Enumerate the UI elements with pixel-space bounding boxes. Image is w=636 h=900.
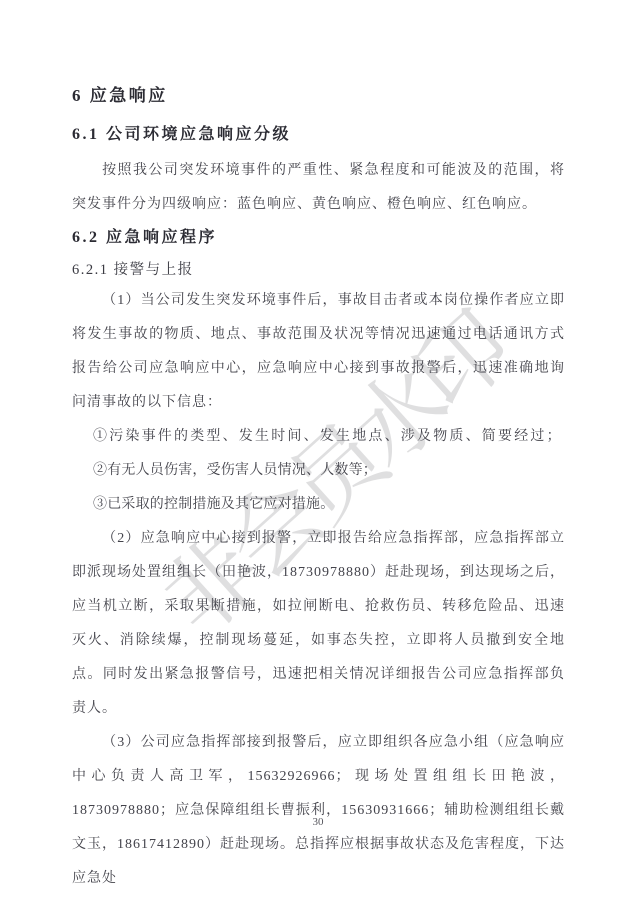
list-item-1: ①污染事件的类型、发生时间、发生地点、涉及物质、简要经过；: [72, 420, 565, 454]
paragraph-3-command-center: （3）公司应急指挥部接到报警后，应立即组织各应急小组（应急响应中心负责人高卫军，…: [72, 726, 565, 896]
paragraph-response-grading: 按照我公司突发环境事件的严重性、紧急程度和可能波及的范围，将突发事件分为四级响应…: [72, 154, 565, 222]
list-item-2: ②有无人员伤害，受伤害人员情况、人数等；: [72, 454, 565, 488]
paragraph-1-alarm-report: （1）当公司发生突发环境事件后，事故目击者或本岗位操作者应立即将发生事故的物质、…: [72, 284, 565, 420]
section-heading-6-2-1: 6.2.1 接警与上报: [72, 259, 565, 281]
list-item-3: ③已采取的控制措施及其它应对措施。: [72, 488, 565, 522]
document-page: 非会员水印 6 应急响应 6.1 公司环境应急响应分级 按照我公司突发环境事件的…: [0, 0, 636, 900]
page-number: 30: [0, 816, 636, 828]
section-heading-6: 6 应急响应: [72, 84, 565, 108]
paragraph-2-response-center: （2）应急响应中心接到报警，立即报告给应急指挥部，应急指挥部立即派现场处置组组长…: [72, 522, 565, 726]
page-content: 6 应急响应 6.1 公司环境应急响应分级 按照我公司突发环境事件的严重性、紧急…: [72, 84, 565, 896]
section-heading-6-2: 6.2 应急响应程序: [72, 226, 565, 249]
section-heading-6-1: 6.1 公司环境应急响应分级: [72, 123, 565, 146]
